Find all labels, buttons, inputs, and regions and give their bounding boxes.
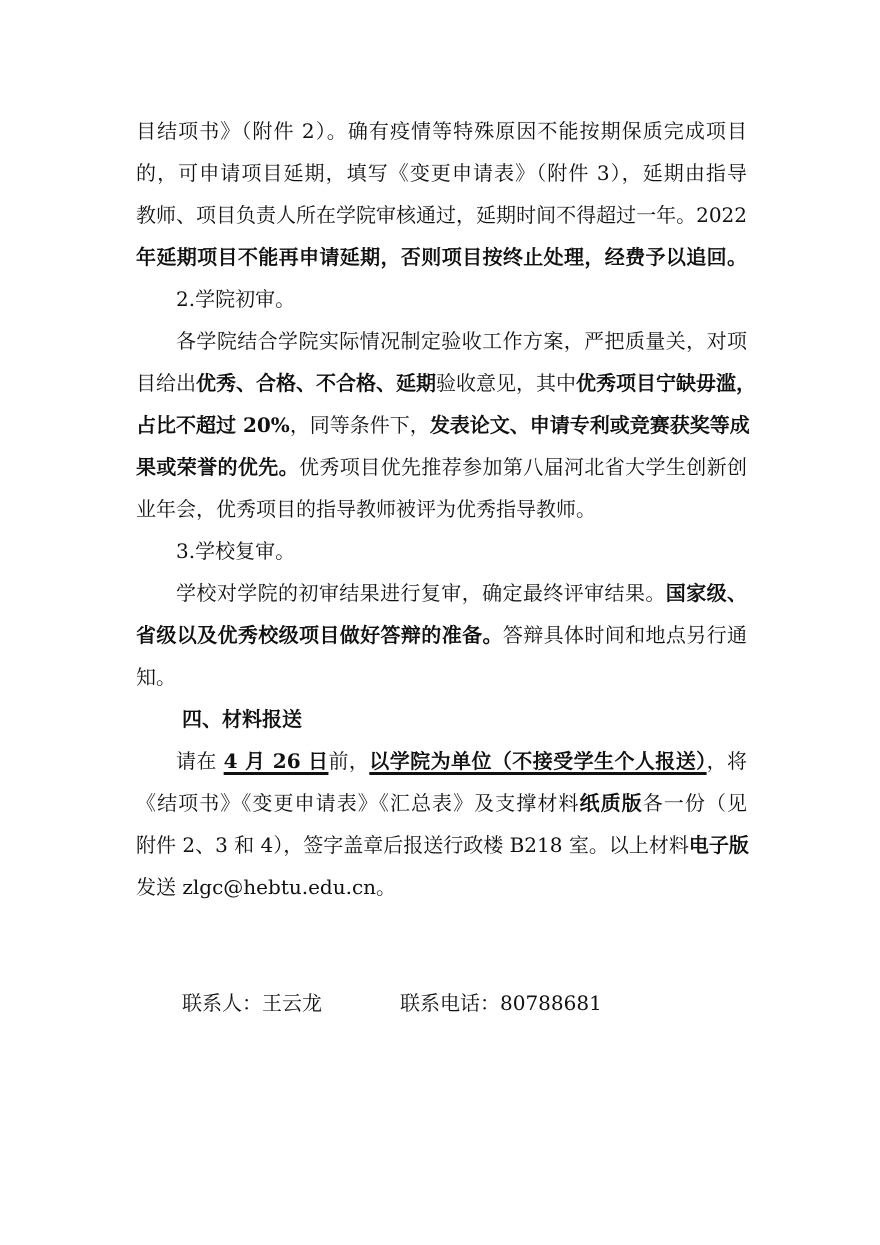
- bold-text: 年延期项目不能再申请延期，否则项目按终止处理，经费予以追回。: [136, 245, 747, 269]
- bold-text: 电子版: [689, 833, 749, 857]
- contact-phone-number: 80788681: [500, 991, 602, 1015]
- text-segment: 学校对学院的初审结果进行复审，确定最终评审结果。: [176, 581, 666, 605]
- document-page: 目结项书》（附件 2）。确有疫情等特殊原因不能按期保质完成项目的，可申请项目延期…: [0, 0, 880, 1245]
- bold-text: 优秀项目宁缺毋滥，: [576, 371, 756, 395]
- text-segment: 的，可申请项目延期，填写《变更申请表》（附件 3），延期由指导: [136, 161, 747, 185]
- text-segment: ，将: [707, 749, 747, 773]
- text-segment: 目结项书》（附件 2）。确有疫情等特殊原因不能按期保质完成项目: [136, 119, 747, 143]
- text-segment: 各学院结合学院实际情况制定验收工作方案，严把质量关，对项: [176, 329, 747, 353]
- text-segment: 知。: [136, 665, 176, 689]
- text-segment: 附件 2、3 和 4），签字盖章后报送行政楼 B218 室。以上材料: [136, 833, 689, 857]
- text-segment: 请在: [176, 749, 224, 773]
- text-segment: 3.学校复审。: [176, 539, 295, 563]
- bold-text: 占比不超过 20%: [136, 413, 290, 437]
- bold-text: 省级以及优秀校级项目做好答辩的准备。: [136, 623, 503, 647]
- text-line: 果或荣誉的优先。优秀项目优先推荐参加第八届河北省大学生创新创: [136, 452, 747, 482]
- text-segment: 业年会，优秀项目的指导教师被评为优秀指导教师。: [136, 497, 596, 521]
- bold-text: 四、材料报送: [182, 707, 302, 731]
- text-line: 目给出优秀、合格、不合格、延期验收意见，其中优秀项目宁缺毋滥，: [136, 368, 747, 398]
- text-segment: 2.学院初审。: [176, 287, 295, 311]
- text-line: 3.学校复审。: [176, 536, 747, 566]
- underlined-text: 以学院为单位（不接受学生个人报送）: [369, 749, 706, 773]
- text-segment: 答辩具体时间和地点另行通: [503, 623, 747, 647]
- text-segment: 优秀项目优先推荐参加第八届河北省大学生创新创: [299, 455, 747, 479]
- text-segment: 发送 zlgc@hebtu.edu.cn。: [136, 875, 396, 899]
- contact-phone: 联系电话：80788681: [400, 988, 602, 1018]
- text-line: 年延期项目不能再申请延期，否则项目按终止处理，经费予以追回。: [136, 242, 747, 272]
- text-segment: 《结项书》《变更申请表》《汇总表》及支撑材料: [136, 791, 580, 815]
- contact-person: 联系人：王云龙: [182, 988, 322, 1018]
- text-line: 请在 4 月 26 日前，以学院为单位（不接受学生个人报送），将: [176, 746, 747, 776]
- text-line: 各学院结合学院实际情况制定验收工作方案，严把质量关，对项: [176, 326, 747, 356]
- text-segment: 目给出: [136, 371, 196, 395]
- text-line: 学校对学院的初审结果进行复审，确定最终评审结果。国家级、: [176, 578, 747, 608]
- text-line: 发送 zlgc@hebtu.edu.cn。: [136, 872, 747, 902]
- contact-person-name: 王云龙: [262, 991, 322, 1015]
- contact-person-label: 联系人：: [182, 991, 262, 1015]
- text-segment: 验收意见，其中: [436, 371, 576, 395]
- text-segment: 教师、项目负责人所在学院审核通过，延期时间不得超过一年。2022: [136, 203, 747, 227]
- bold-text: 发表论文、申请专利或竞赛获奖等成: [430, 413, 750, 437]
- text-line: 教师、项目负责人所在学院审核通过，延期时间不得超过一年。2022: [136, 200, 747, 230]
- text-line: 业年会，优秀项目的指导教师被评为优秀指导教师。: [136, 494, 747, 524]
- text-line: 占比不超过 20%，同等条件下，发表论文、申请专利或竞赛获奖等成: [136, 410, 747, 440]
- bold-text: 优秀、合格、不合格、延期: [196, 371, 436, 395]
- text-segment: 前，: [328, 749, 369, 773]
- text-line: 知。: [136, 662, 747, 692]
- text-line: 2.学院初审。: [176, 284, 747, 314]
- contact-phone-label: 联系电话：: [400, 991, 500, 1015]
- bold-text: 纸质版: [580, 791, 643, 815]
- text-line: 目结项书》（附件 2）。确有疫情等特殊原因不能按期保质完成项目: [136, 116, 747, 146]
- text-segment: ，同等条件下，: [290, 413, 430, 437]
- text-line: 四、材料报送: [182, 704, 747, 734]
- text-line: 附件 2、3 和 4），签字盖章后报送行政楼 B218 室。以上材料电子版: [136, 830, 747, 860]
- bold-text: 果或荣誉的优先。: [136, 455, 299, 479]
- text-segment: 各一份（见: [643, 791, 747, 815]
- text-line: 的，可申请项目延期，填写《变更申请表》（附件 3），延期由指导: [136, 158, 747, 188]
- text-line: 《结项书》《变更申请表》《汇总表》及支撑材料纸质版各一份（见: [136, 788, 747, 818]
- underlined-text: 4 月 26 日: [224, 749, 329, 773]
- bold-text: 国家级、: [666, 581, 747, 605]
- text-line: 省级以及优秀校级项目做好答辩的准备。答辩具体时间和地点另行通: [136, 620, 747, 650]
